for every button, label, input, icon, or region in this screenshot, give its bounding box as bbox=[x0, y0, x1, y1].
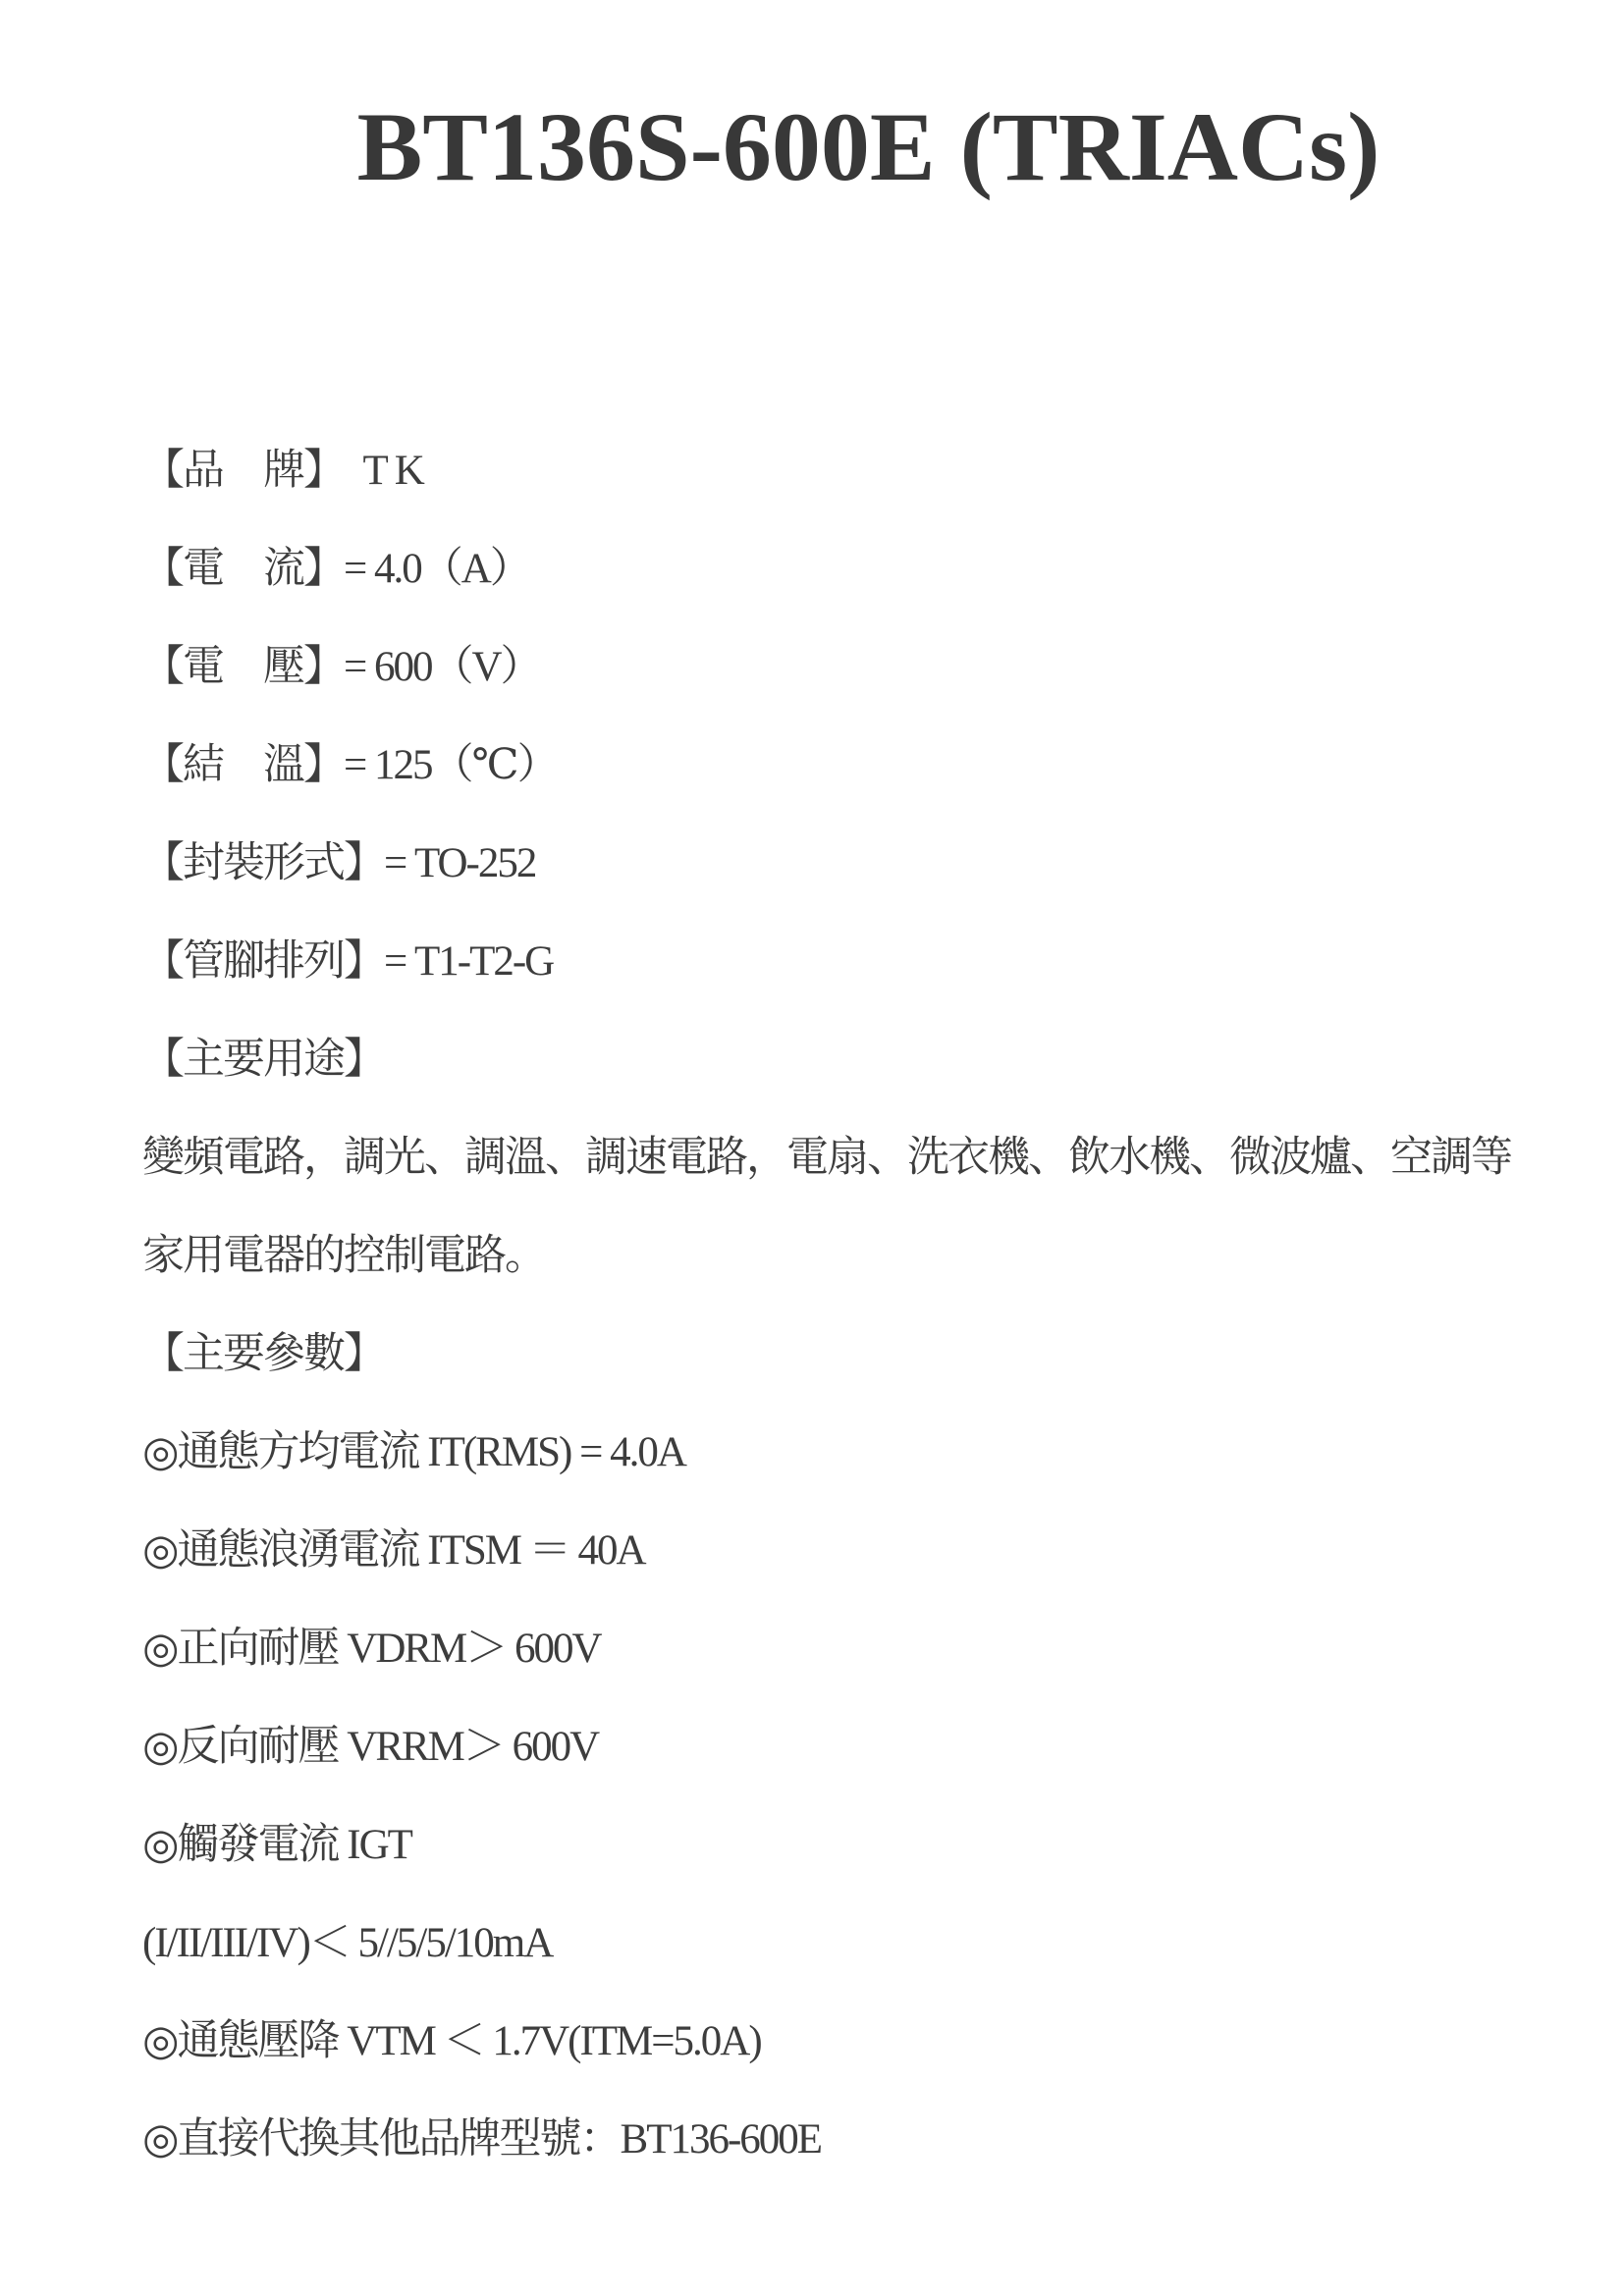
spec-line-current: 【電 流】= 4.0（A） bbox=[142, 520, 1576, 618]
spec-line-brand: 【品 牌】 T K bbox=[142, 422, 1576, 520]
param-vdrm: ◎正向耐壓 VDRM＞ 600V bbox=[142, 1600, 1576, 1698]
param-itsm: ◎通態浪湧電流 ITSM ＝ 40A bbox=[142, 1502, 1576, 1600]
spec-line-pinout: 【管腳排列】= T1-T2-G bbox=[142, 913, 1576, 1011]
spec-line-junction-temp: 【結 溫】= 125（℃） bbox=[142, 717, 1576, 815]
param-vtm: ◎通態壓降 VTM ＜ 1.7V(ITM=5.0A) bbox=[142, 1993, 1576, 2091]
usage-text-line-1: 變頻電路，調光、調溫、調速電路，電扇、洗衣機、飲水機、微波爐、空調等 bbox=[142, 1109, 1576, 1207]
param-igt-values: (I/II/III/IV)＜ 5//5/5/10mA bbox=[142, 1895, 1576, 1993]
param-replacement: ◎直接代換其他品牌型號：BT136-600E bbox=[142, 2091, 1576, 2189]
usage-text-line-2: 家用電器的控制電路。 bbox=[142, 1207, 1576, 1306]
datasheet-body: 【品 牌】 T K 【電 流】= 4.0（A） 【電 壓】= 600（V） 【結… bbox=[142, 422, 1576, 2189]
spec-line-package: 【封裝形式】= TO-252 bbox=[142, 815, 1576, 913]
param-it-rms: ◎通態方均電流 IT(RMS) = 4.0A bbox=[142, 1404, 1576, 1502]
datasheet-page: BT136S-600E (TRIACs) 【品 牌】 T K 【電 流】= 4.… bbox=[0, 0, 1624, 2296]
param-igt: ◎觸發電流 IGT bbox=[142, 1796, 1576, 1895]
param-vrrm: ◎反向耐壓 VRRM＞ 600V bbox=[142, 1698, 1576, 1796]
usage-heading: 【主要用途】 bbox=[142, 1011, 1576, 1109]
page-title: BT136S-600E (TRIACs) bbox=[0, 98, 1624, 196]
parameters-heading: 【主要參數】 bbox=[142, 1306, 1576, 1404]
spec-line-voltage: 【電 壓】= 600（V） bbox=[142, 618, 1576, 717]
